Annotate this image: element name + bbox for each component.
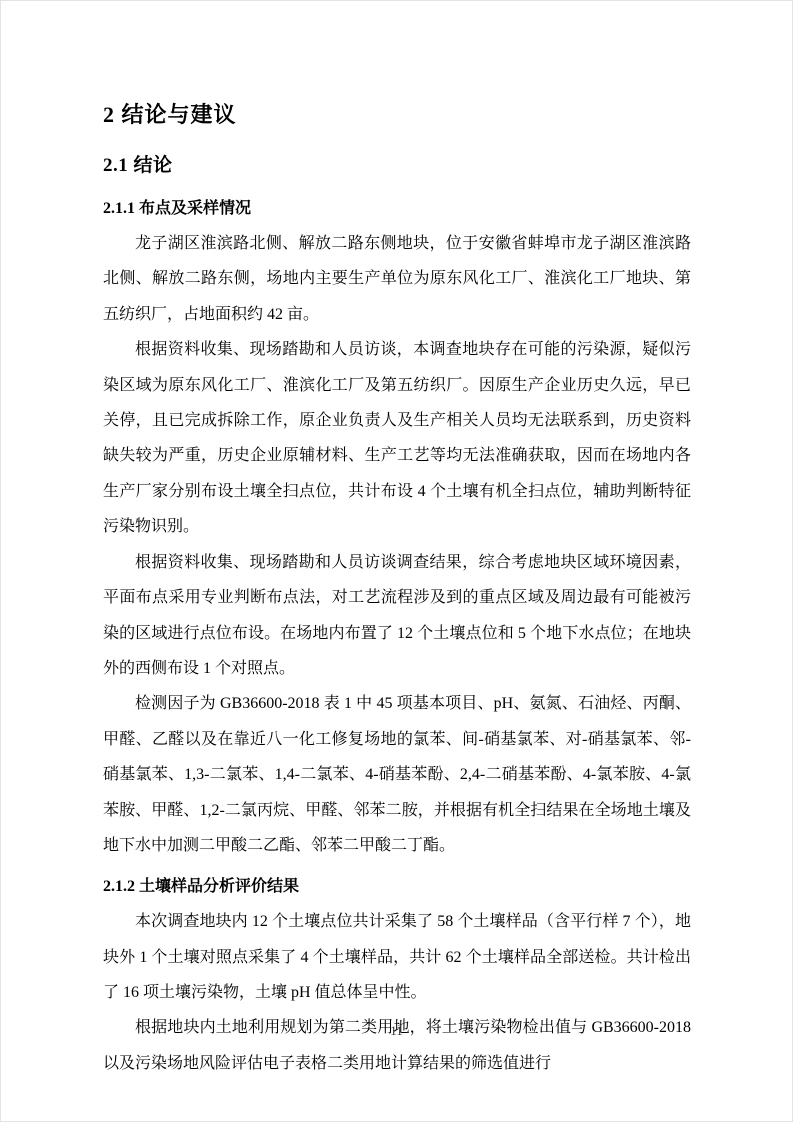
subsection-heading-sampling: 2.1.1 布点及采样情况 xyxy=(103,199,691,220)
paragraph-point-layout: 根据资料收集、现场踏勘和人员访谈调查结果，综合考虑地块区域环境因素，平面布点采用… xyxy=(103,545,691,687)
paragraph-site-location: 龙子湖区淮滨路北侧、解放二路东侧地块，位于安徽省蚌埠市龙子湖区淮滨路北侧、解放二… xyxy=(103,226,691,332)
document-page: 2 结论与建议 2.1 结论 2.1.1 布点及采样情况 龙子湖区淮滨路北侧、解… xyxy=(0,0,793,1122)
paragraph-screening-comparison: 根据地块内土地利用规划为第二类用地，将土壤污染物检出值与 GB36600-201… xyxy=(103,1010,691,1081)
paragraph-detection-factors: 检测因子为 GB36600-2018 表 1 中 45 项基本项目、pH、氨氮、… xyxy=(103,686,691,863)
paragraph-sample-counts: 本次调查地块内 12 个土壤点位共计采集了 58 个土壤样品（含平行样 7 个）… xyxy=(103,904,691,1010)
paragraph-pollution-sources: 根据资料收集、现场踏勘和人员访谈，本调查地块存在可能的污染源，疑似污染区域为原东… xyxy=(103,332,691,544)
subsection-heading-soil-results: 2.1.2 土壤样品分析评价结果 xyxy=(103,877,691,898)
chapter-heading: 2 结论与建议 xyxy=(103,101,691,129)
page-number: 11 xyxy=(1,1023,792,1039)
section-heading: 2.1 结论 xyxy=(103,154,691,178)
